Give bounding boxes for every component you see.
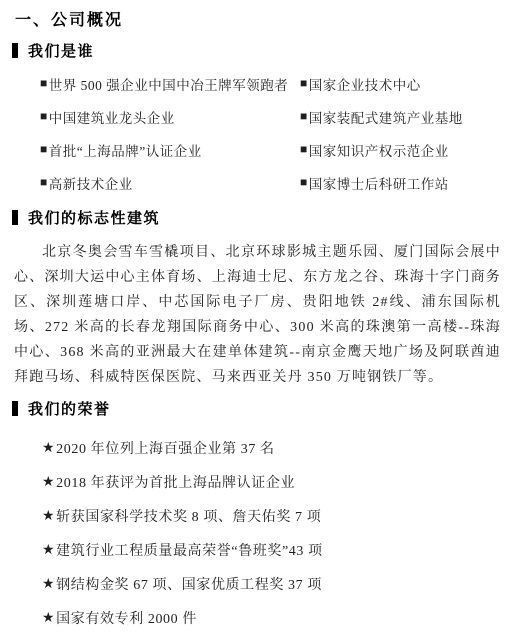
list-item-label: 钢结构金奖 67 项、国家优质工程奖 37 项 (56, 574, 322, 594)
star-bullet-icon: ★ (42, 610, 55, 627)
list-item: ★ 建筑行业工程质量最高荣誉“鲁班奖”43 项 (42, 533, 515, 567)
star-bullet-icon: ★ (42, 542, 55, 559)
square-bullet-icon: ■ (300, 175, 308, 190)
list-item: ■ 国家知识产权示范企业 (300, 140, 449, 160)
honors-list: ★ 2020 年位列上海百强企业第 37 名 ★ 2018 年获评为首批上海品牌… (42, 431, 515, 635)
list-item: ■ 国家博士后科研工作站 (300, 173, 449, 193)
star-bullet-icon: ★ (42, 474, 55, 491)
list-item-label: 中国建筑业龙头企业 (49, 107, 175, 127)
square-bullet-icon: ■ (40, 142, 48, 157)
list-item: ■ 世界 500 强企业中国中冶王牌军领跑者 (40, 74, 300, 94)
list-item-label: 国家企业技术中心 (309, 74, 421, 94)
list-row: ■ 高新技术企业 ■ 国家博士后科研工作站 (40, 166, 515, 199)
list-item-label: 国家装配式建筑产业基地 (309, 107, 463, 127)
square-bullet-icon: ■ (40, 109, 48, 124)
who-we-are-list: ■ 世界 500 强企业中国中冶王牌军领跑者 ■ 国家企业技术中心 ■ 中国建筑… (40, 67, 515, 199)
square-bullet-icon: ■ (300, 142, 308, 157)
section-title: 我们的荣誉 (28, 398, 111, 419)
section-header-honors: 我们的荣誉 (12, 399, 515, 417)
page-title: 一、公司概况 (0, 0, 515, 32)
section-header-who-we-are: 我们是谁 (12, 41, 515, 59)
list-item: ★ 钢结构金奖 67 项、国家优质工程奖 37 项 (42, 567, 515, 601)
list-item-label: 国家知识产权示范企业 (309, 140, 449, 160)
list-row: ■ 首批“上海品牌”认证企业 ■ 国家知识产权示范企业 (40, 133, 515, 166)
section-title: 我们是谁 (28, 40, 94, 61)
list-item-label: 国家有效专利 2000 件 (56, 608, 197, 628)
list-item-label: 首批“上海品牌”认证企业 (49, 140, 202, 160)
section-title: 我们的标志性建筑 (28, 207, 160, 228)
list-item: ■ 国家装配式建筑产业基地 (300, 107, 463, 127)
list-item: ★ 2018 年获评为首批上海品牌认证企业 (42, 465, 515, 499)
list-item: ★ 斩获国家科学技术奖 8 项、詹天佑奖 7 项 (42, 499, 515, 533)
list-item-label: 国家博士后科研工作站 (309, 173, 449, 193)
document-page: 一、公司概况 我们是谁 ■ 世界 500 强企业中国中冶王牌军领跑者 ■ 国家企… (0, 0, 515, 642)
section-header-landmark-buildings: 我们的标志性建筑 (12, 208, 515, 226)
section-bar-icon (12, 401, 18, 416)
list-item-label: 2020 年位列上海百强企业第 37 名 (56, 438, 275, 458)
square-bullet-icon: ■ (300, 109, 308, 124)
star-bullet-icon: ★ (42, 576, 55, 593)
section-bar-icon (12, 43, 18, 58)
list-item-label: 斩获国家科学技术奖 8 项、詹天佑奖 7 项 (56, 506, 321, 526)
list-row: ■ 中国建筑业龙头企业 ■ 国家装配式建筑产业基地 (40, 100, 515, 133)
section-bar-icon (12, 210, 18, 225)
list-row: ■ 世界 500 强企业中国中冶王牌军领跑者 ■ 国家企业技术中心 (40, 67, 515, 100)
square-bullet-icon: ■ (300, 76, 308, 91)
square-bullet-icon: ■ (40, 175, 48, 190)
landmark-paragraph: 北京冬奥会雪车雪橇项目、北京环球影城主题乐园、厦门国际会展中心、深圳大运中心主体… (14, 240, 501, 390)
list-item: ■ 中国建筑业龙头企业 (40, 107, 300, 127)
square-bullet-icon: ■ (40, 76, 48, 91)
list-item-label: 建筑行业工程质量最高荣誉“鲁班奖”43 项 (56, 540, 323, 560)
list-item-label: 高新技术企业 (49, 173, 133, 193)
star-bullet-icon: ★ (42, 508, 55, 525)
list-item: ■ 高新技术企业 (40, 173, 300, 193)
list-item: ★ 2020 年位列上海百强企业第 37 名 (42, 431, 515, 465)
list-item: ■ 首批“上海品牌”认证企业 (40, 140, 300, 160)
list-item-label: 世界 500 强企业中国中冶王牌军领跑者 (49, 74, 289, 94)
list-item: ■ 国家企业技术中心 (300, 74, 421, 94)
list-item: ★ 国家有效专利 2000 件 (42, 601, 515, 635)
list-item-label: 2018 年获评为首批上海品牌认证企业 (56, 472, 295, 492)
star-bullet-icon: ★ (42, 440, 55, 457)
